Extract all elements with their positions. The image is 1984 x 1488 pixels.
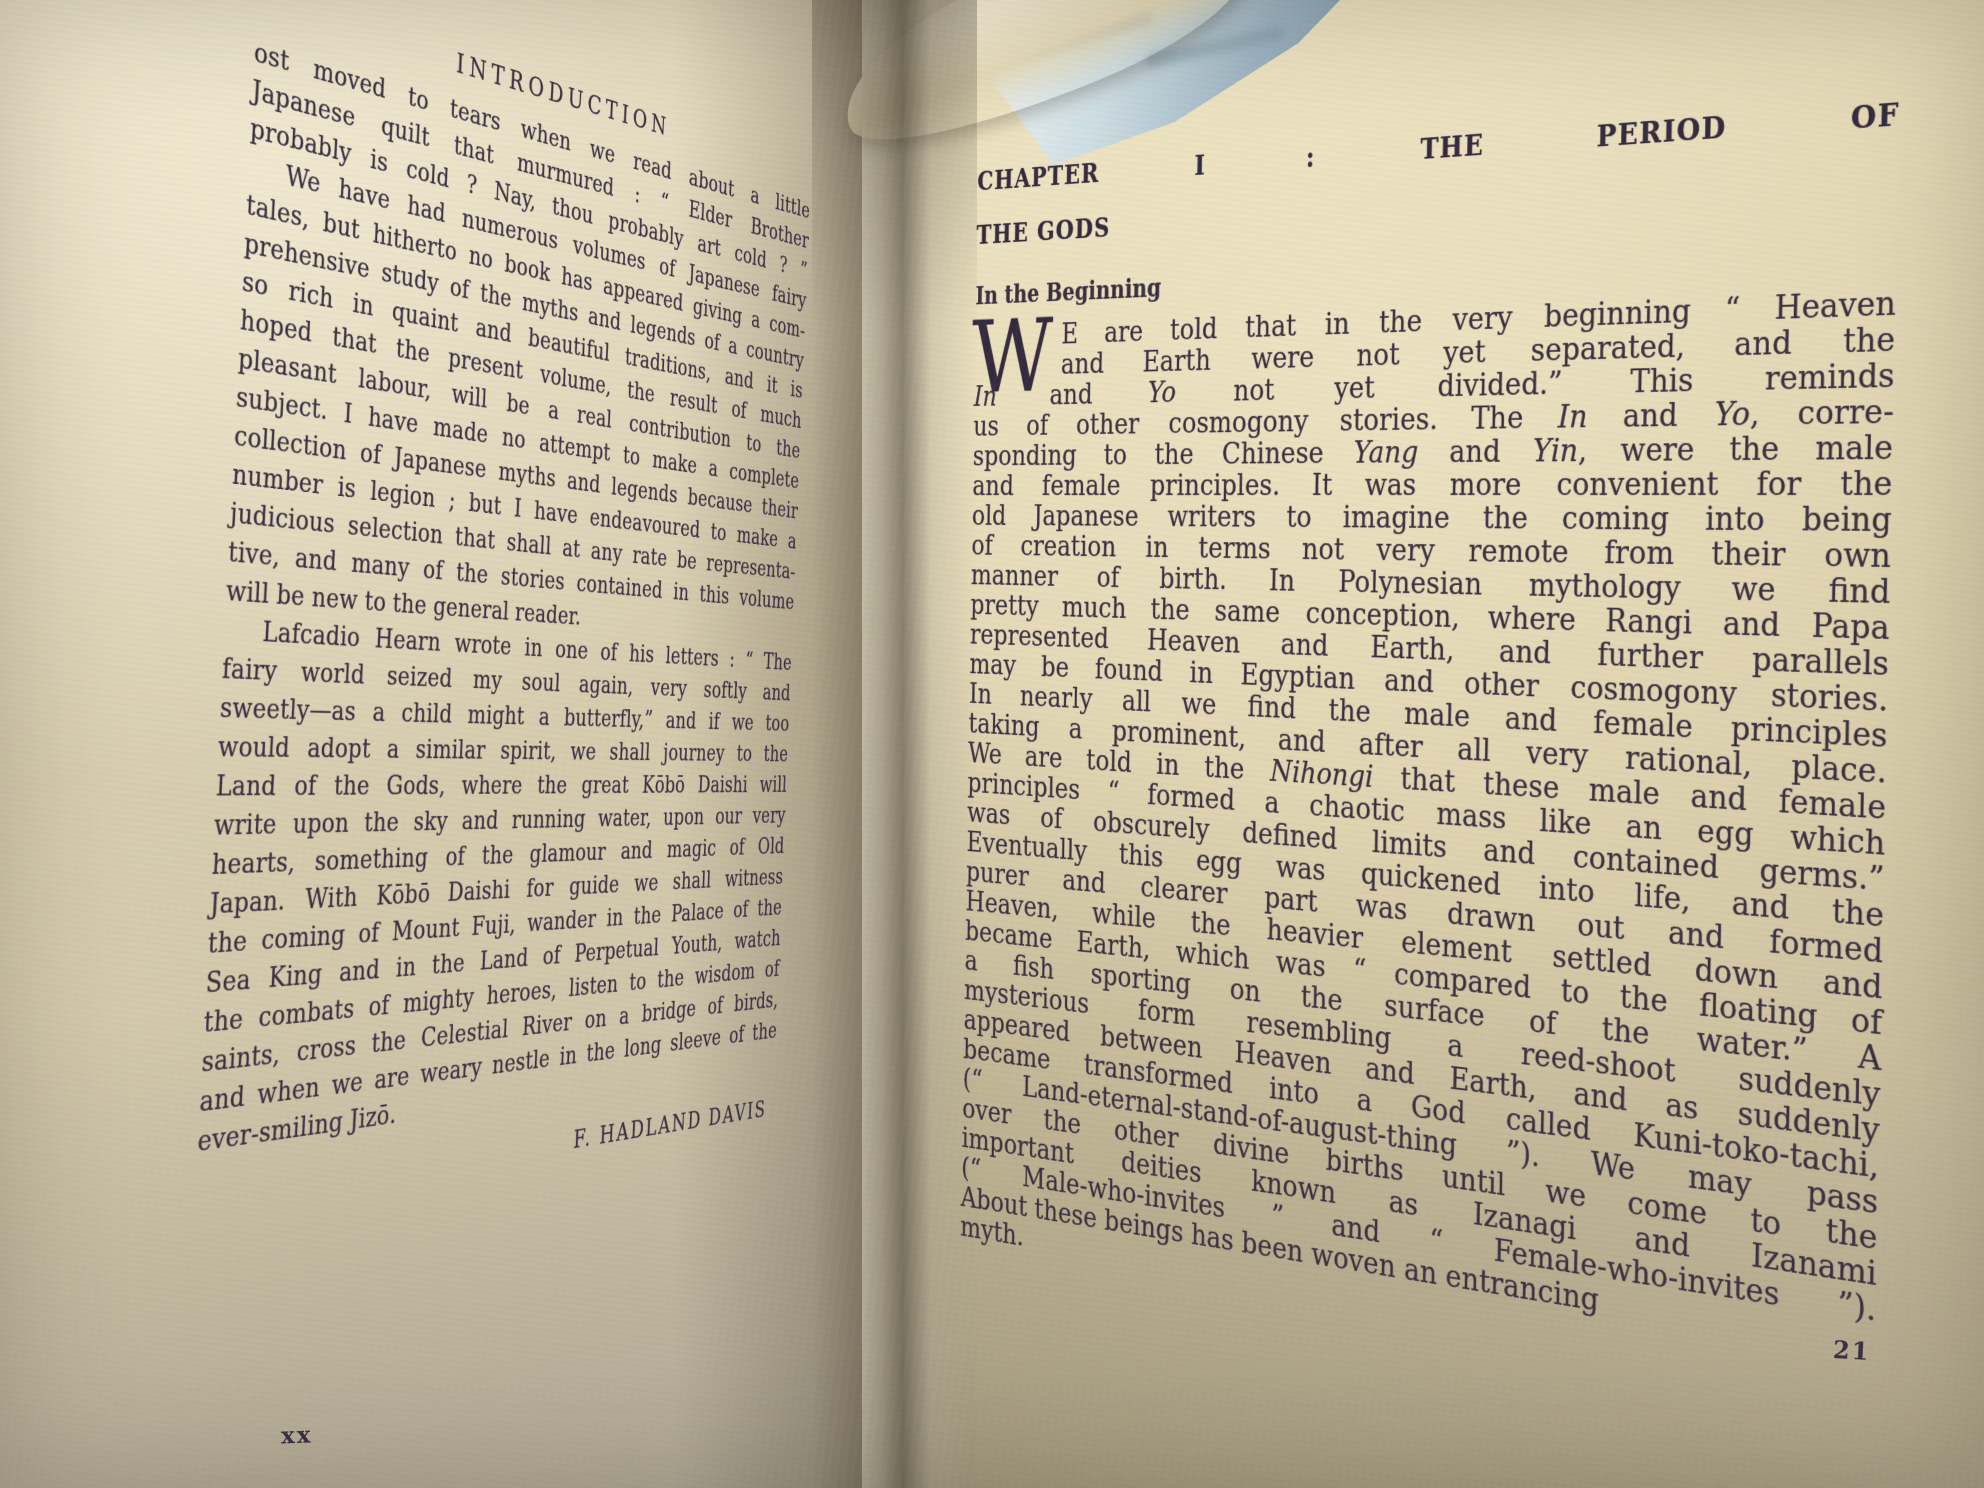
page-number-left: xx	[281, 1421, 313, 1449]
right-page-body: W E are told that in the very beginning …	[960, 286, 1896, 1400]
text-line: and female principles. It was more conve…	[972, 466, 1893, 502]
gutter-shadow	[812, 0, 977, 1488]
drop-cap-letter: W	[971, 306, 1053, 408]
open-book-photo: INTRODUCTION ost moved to tears when we …	[0, 0, 1984, 1488]
left-page-body: ost moved to tears when we read about a …	[197, 33, 811, 1162]
right-page-text: CHAPTER I : THE PERIOD OF THE GODS In th…	[960, 83, 1900, 1400]
page-number-right: 21	[1832, 1335, 1871, 1366]
left-page-text: INTRODUCTION ost moved to tears when we …	[193, 0, 812, 1222]
